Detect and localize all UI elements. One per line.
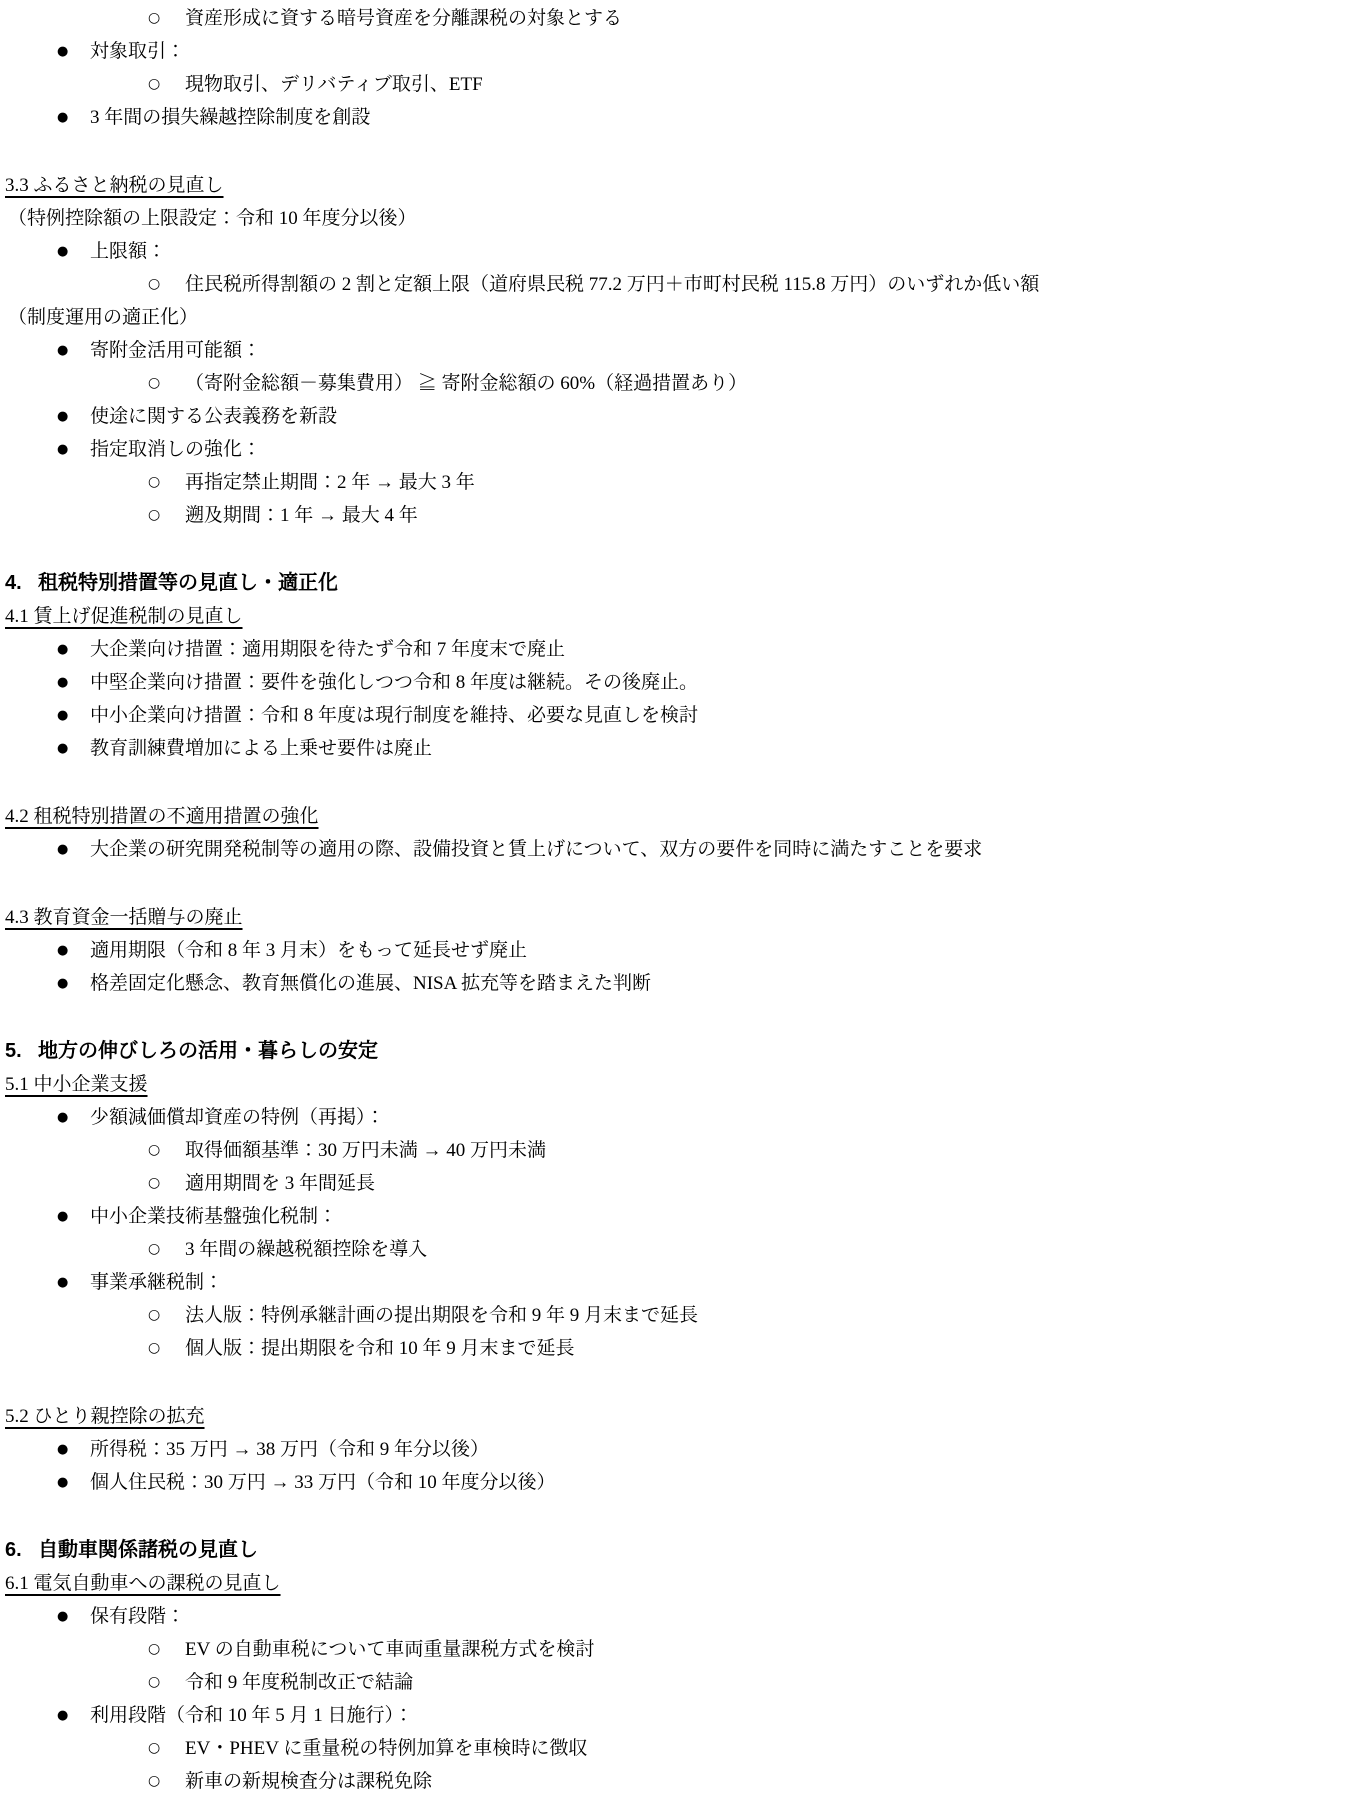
line-text: 個人版：提出期限を令和 10 年 9 月末まで延長 xyxy=(185,1338,575,1359)
line-text: 再指定禁止期間：2 年 → 最大 3 年 xyxy=(185,472,475,493)
line-text: 取得価額基準：30 万円未満 → 40 万円未満 xyxy=(185,1140,546,1161)
line-text: 4.1 賃上げ促進税制の見直し xyxy=(5,606,243,627)
bullet-item: ●格差固定化懸念、教育無償化の進展、NISA 拡充等を踏まえた判断 xyxy=(0,967,1347,1000)
section-heading: 6.自動車関係諸税の見直し xyxy=(0,1534,1347,1567)
filled-bullet-icon: ● xyxy=(57,699,68,732)
hollow-bullet-icon: ○ xyxy=(148,1332,160,1365)
hollow-bullet-icon: ○ xyxy=(148,2,160,35)
hollow-bullet-icon: ○ xyxy=(148,1134,160,1167)
section-heading: 5.地方の伸びしろの活用・暮らしの安定 xyxy=(0,1035,1347,1068)
filled-bullet-icon: ● xyxy=(57,235,68,268)
line-text: 新車の新規検査分は課税免除 xyxy=(185,1771,432,1792)
bullet-item: ●適用期限（令和 8 年 3 月末）をもって延長せず廃止 xyxy=(0,934,1347,967)
line-text: 遡及期間：1 年 → 最大 4 年 xyxy=(185,505,418,526)
subsection-heading: 3.3 ふるさと納税の見直し xyxy=(0,169,1347,202)
filled-bullet-icon: ● xyxy=(57,1266,68,1299)
line-text: 3 年間の損失繰越控除制度を創設 xyxy=(90,107,370,128)
line-text: EV の自動車税について車両重量課税方式を検討 xyxy=(185,1639,594,1660)
line-text: 法人版：特例承継計画の提出期限を令和 9 年 9 月末まで延長 xyxy=(185,1305,698,1326)
blank-line xyxy=(0,134,1347,169)
bullet-item: ●寄附金活用可能額： xyxy=(0,334,1347,367)
bullet-item: ●所得税：35 万円 → 38 万円（令和 9 年分以後） xyxy=(0,1433,1347,1466)
filled-bullet-icon: ● xyxy=(57,934,68,967)
bullet-item: ●大企業向け措置：適用期限を待たず令和 7 年度末で廃止 xyxy=(0,633,1347,666)
line-text: EV・PHEV に重量税の特例加算を車検時に徴収 xyxy=(185,1738,587,1759)
filled-bullet-icon: ● xyxy=(57,334,68,367)
hollow-bullet-icon: ○ xyxy=(148,1299,160,1332)
section-heading: 4.租税特別措置等の見直し・適正化 xyxy=(0,567,1347,600)
line-text: 租税特別措置等の見直し・適正化 xyxy=(0,567,338,600)
line-text: 大企業の研究開発税制等の適用の際、設備投資と賃上げについて、双方の要件を同時に満… xyxy=(90,839,982,860)
line-text: （寄附金総額－募集費用） ≧ 寄附金総額の 60%（経過措置あり） xyxy=(185,373,747,394)
line-text: 中堅企業向け措置：要件を強化しつつ令和 8 年度は継続。その後廃止。 xyxy=(90,672,698,693)
line-text: 4.2 租税特別措置の不適用措置の強化 xyxy=(5,806,319,827)
line-text: 使途に関する公表義務を新設 xyxy=(90,406,337,427)
filled-bullet-icon: ● xyxy=(57,400,68,433)
blank-line xyxy=(0,765,1347,800)
blank-line xyxy=(0,1365,1347,1400)
filled-bullet-icon: ● xyxy=(57,35,68,68)
hollow-bullet-icon: ○ xyxy=(148,1732,160,1765)
line-text: 中小企業向け措置：令和 8 年度は現行制度を維持、必要な見直しを検討 xyxy=(90,705,698,726)
line-text: 適用期間を 3 年間延長 xyxy=(185,1173,375,1194)
filled-bullet-icon: ● xyxy=(57,967,68,1000)
hollow-bullet-icon: ○ xyxy=(148,1233,160,1266)
line-text: 3.3 ふるさと納税の見直し xyxy=(5,175,224,196)
filled-bullet-icon: ● xyxy=(57,1200,68,1233)
sub-bullet-item: ○遡及期間：1 年 → 最大 4 年 xyxy=(0,499,1347,532)
document-page: ○資産形成に資する暗号資産を分離課税の対象とする●対象取引：○現物取引、デリバテ… xyxy=(0,0,1347,1798)
line-text: 6.1 電気自動車への課税の見直し xyxy=(5,1573,281,1594)
sub-bullet-item: ○EV の自動車税について車両重量課税方式を検討 xyxy=(0,1633,1347,1666)
sub-bullet-item: ○資産形成に資する暗号資産を分離課税の対象とする xyxy=(0,2,1347,35)
line-text: 指定取消しの強化： xyxy=(90,439,261,460)
line-text: 令和 9 年度税制改正で結論 xyxy=(185,1672,413,1693)
blank-line xyxy=(0,1499,1347,1534)
bullet-item: ●少額減価償却資産の特例（再掲）： xyxy=(0,1101,1347,1134)
filled-bullet-icon: ● xyxy=(57,1101,68,1134)
hollow-bullet-icon: ○ xyxy=(148,268,160,301)
line-text: 4.3 教育資金一括贈与の廃止 xyxy=(5,907,243,928)
section-number: 5. xyxy=(5,1035,22,1068)
bullet-item: ●教育訓練費増加による上乗せ要件は廃止 xyxy=(0,732,1347,765)
bullet-item: ●中小企業技術基盤強化税制： xyxy=(0,1200,1347,1233)
line-text: 所得税：35 万円 → 38 万円（令和 9 年分以後） xyxy=(90,1439,489,1460)
bullet-item: ●対象取引： xyxy=(0,35,1347,68)
filled-bullet-icon: ● xyxy=(57,433,68,466)
sub-bullet-item: ○新車の新規検査分は課税免除 xyxy=(0,1765,1347,1798)
line-text: 大企業向け措置：適用期限を待たず令和 7 年度末で廃止 xyxy=(90,639,565,660)
subsection-heading: 4.1 賃上げ促進税制の見直し xyxy=(0,600,1347,633)
subsection-heading: 4.2 租税特別措置の不適用措置の強化 xyxy=(0,800,1347,833)
line-text: 対象取引： xyxy=(90,41,185,62)
line-text: 3 年間の繰越税額控除を導入 xyxy=(185,1239,427,1260)
section-number: 6. xyxy=(5,1534,22,1567)
sub-bullet-item: ○現物取引、デリバティブ取引、ETF xyxy=(0,68,1347,101)
bullet-item: ●中小企業向け措置：令和 8 年度は現行制度を維持、必要な見直しを検討 xyxy=(0,699,1347,732)
sub-bullet-item: ○再指定禁止期間：2 年 → 最大 3 年 xyxy=(0,466,1347,499)
line-text: 寄附金活用可能額： xyxy=(90,340,261,361)
hollow-bullet-icon: ○ xyxy=(148,466,160,499)
bullet-item: ●事業承継税制： xyxy=(0,1266,1347,1299)
line-text: 資産形成に資する暗号資産を分離課税の対象とする xyxy=(185,8,622,29)
hollow-bullet-icon: ○ xyxy=(148,499,160,532)
paren-note: （特例控除額の上限設定：令和 10 年度分以後） xyxy=(0,202,1347,235)
filled-bullet-icon: ● xyxy=(57,1466,68,1499)
hollow-bullet-icon: ○ xyxy=(148,1765,160,1798)
hollow-bullet-icon: ○ xyxy=(148,68,160,101)
line-text: 個人住民税：30 万円 → 33 万円（令和 10 年度分以後） xyxy=(90,1472,556,1493)
sub-bullet-item: ○3 年間の繰越税額控除を導入 xyxy=(0,1233,1347,1266)
subsection-heading: 5.1 中小企業支援 xyxy=(0,1068,1347,1101)
line-text: 事業承継税制： xyxy=(90,1272,223,1293)
bullet-item: ●個人住民税：30 万円 → 33 万円（令和 10 年度分以後） xyxy=(0,1466,1347,1499)
line-text: 格差固定化懸念、教育無償化の進展、NISA 拡充等を踏まえた判断 xyxy=(90,973,651,994)
filled-bullet-icon: ● xyxy=(57,732,68,765)
hollow-bullet-icon: ○ xyxy=(148,367,160,400)
filled-bullet-icon: ● xyxy=(57,666,68,699)
sub-bullet-item: ○取得価額基準：30 万円未満 → 40 万円未満 xyxy=(0,1134,1347,1167)
line-text: 教育訓練費増加による上乗せ要件は廃止 xyxy=(90,738,432,759)
sub-bullet-item: ○EV・PHEV に重量税の特例加算を車検時に徴収 xyxy=(0,1732,1347,1765)
line-text: 地方の伸びしろの活用・暮らしの安定 xyxy=(0,1035,378,1068)
line-text: 少額減価償却資産の特例（再掲）： xyxy=(90,1107,385,1128)
blank-line xyxy=(0,532,1347,567)
filled-bullet-icon: ● xyxy=(57,1699,68,1732)
bullet-item: ●保有段階： xyxy=(0,1600,1347,1633)
paren-note: （制度運用の適正化） xyxy=(0,301,1347,334)
bullet-item: ●大企業の研究開発税制等の適用の際、設備投資と賃上げについて、双方の要件を同時に… xyxy=(0,833,1347,866)
line-text: 住民税所得割額の 2 割と定額上限（道府県民税 77.2 万円＋市町村民税 11… xyxy=(185,274,1039,295)
filled-bullet-icon: ● xyxy=(57,101,68,134)
bullet-item: ●3 年間の損失繰越控除制度を創設 xyxy=(0,101,1347,134)
blank-line xyxy=(0,1000,1347,1035)
bullet-item: ●中堅企業向け措置：要件を強化しつつ令和 8 年度は継続。その後廃止。 xyxy=(0,666,1347,699)
sub-bullet-item: ○令和 9 年度税制改正で結論 xyxy=(0,1666,1347,1699)
line-text: 利用段階（令和 10 年 5 月 1 日施行）： xyxy=(90,1705,413,1726)
sub-bullet-item: ○個人版：提出期限を令和 10 年 9 月末まで延長 xyxy=(0,1332,1347,1365)
subsection-heading: 4.3 教育資金一括贈与の廃止 xyxy=(0,901,1347,934)
line-text: 現物取引、デリバティブ取引、ETF xyxy=(185,74,483,95)
line-text: （制度運用の適正化） xyxy=(8,307,198,328)
document-body: ○資産形成に資する暗号資産を分離課税の対象とする●対象取引：○現物取引、デリバテ… xyxy=(0,2,1347,1798)
hollow-bullet-icon: ○ xyxy=(148,1167,160,1200)
line-text: 上限額： xyxy=(90,241,166,262)
bullet-item: ●利用段階（令和 10 年 5 月 1 日施行）： xyxy=(0,1699,1347,1732)
sub-bullet-item: ○住民税所得割額の 2 割と定額上限（道府県民税 77.2 万円＋市町村民税 1… xyxy=(0,268,1347,301)
bullet-item: ●使途に関する公表義務を新設 xyxy=(0,400,1347,433)
filled-bullet-icon: ● xyxy=(57,1433,68,1466)
line-text: 自動車関係諸税の見直し xyxy=(0,1534,258,1567)
bullet-item: ●上限額： xyxy=(0,235,1347,268)
line-text: 5.1 中小企業支援 xyxy=(5,1074,148,1095)
subsection-heading: 5.2 ひとり親控除の拡充 xyxy=(0,1400,1347,1433)
line-text: 保有段階： xyxy=(90,1606,185,1627)
bullet-item: ●指定取消しの強化： xyxy=(0,433,1347,466)
line-text: （特例控除額の上限設定：令和 10 年度分以後） xyxy=(8,208,417,229)
sub-bullet-item: ○法人版：特例承継計画の提出期限を令和 9 年 9 月末まで延長 xyxy=(0,1299,1347,1332)
hollow-bullet-icon: ○ xyxy=(148,1666,160,1699)
filled-bullet-icon: ● xyxy=(57,1600,68,1633)
filled-bullet-icon: ● xyxy=(57,833,68,866)
blank-line xyxy=(0,866,1347,901)
sub-bullet-item: ○適用期間を 3 年間延長 xyxy=(0,1167,1347,1200)
section-number: 4. xyxy=(5,567,22,600)
line-text: 中小企業技術基盤強化税制： xyxy=(90,1206,337,1227)
line-text: 適用期限（令和 8 年 3 月末）をもって延長せず廃止 xyxy=(90,940,527,961)
sub-bullet-item: ○（寄附金総額－募集費用） ≧ 寄附金総額の 60%（経過措置あり） xyxy=(0,367,1347,400)
subsection-heading: 6.1 電気自動車への課税の見直し xyxy=(0,1567,1347,1600)
hollow-bullet-icon: ○ xyxy=(148,1633,160,1666)
line-text: 5.2 ひとり親控除の拡充 xyxy=(5,1406,205,1427)
filled-bullet-icon: ● xyxy=(57,633,68,666)
